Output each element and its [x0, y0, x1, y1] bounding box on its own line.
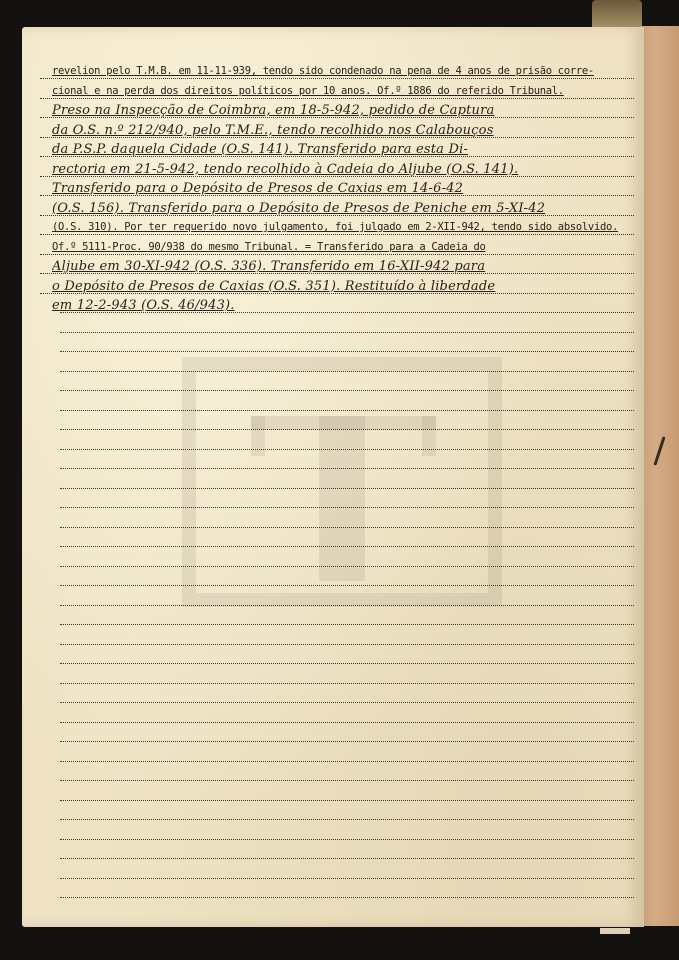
- ruled-line: [60, 839, 634, 840]
- ink-mark: [653, 436, 665, 465]
- ruled-line: [60, 624, 634, 625]
- ruled-line: [60, 663, 634, 664]
- entry-line: Aljube em 30-XI-942 (O.S. 336). Transfer…: [52, 257, 636, 277]
- ruled-line: [60, 858, 634, 859]
- ruled-line: [60, 429, 634, 430]
- entry-line: o Depósito de Presos de Caxias (O.S. 351…: [52, 277, 636, 297]
- ruled-line: [60, 780, 634, 781]
- ruled-line: [60, 722, 634, 723]
- entry-line: Transferido para o Depósito de Presos de…: [52, 179, 636, 199]
- entry-line: Of.º 5111-Proc. 90/938 do mesmo Tribunal…: [52, 238, 636, 258]
- ruled-line: [60, 761, 634, 762]
- entry-line: (O.S. 310). Por ter requerido novo julga…: [52, 218, 636, 238]
- ruled-line: [60, 800, 634, 801]
- handwritten-entry: revelion pelo T.M.B. em 11-11-939, tendo…: [52, 62, 636, 316]
- entry-line: Preso na Inspecção de Coimbra, em 18-5-9…: [52, 101, 636, 121]
- adjacent-page-edge: [640, 26, 679, 926]
- entry-line: (O.S. 156). Transferido para o Depósito …: [52, 199, 636, 219]
- ruled-line: [60, 449, 634, 450]
- ruled-line: [60, 468, 634, 469]
- ruled-line: [60, 878, 634, 879]
- entry-line: rectoria em 21-5-942, tendo recolhido à …: [52, 160, 636, 180]
- ruled-line: [60, 605, 634, 606]
- entry-line: da O.S. n.º 212/940, pelo T.M.E., tendo …: [52, 121, 636, 141]
- ruled-line: [60, 410, 634, 411]
- ruled-line: [60, 507, 634, 508]
- ruled-line: [60, 371, 634, 372]
- entry-line: em 12-2-943 (O.S. 46/943).: [52, 296, 636, 316]
- ruled-line: [60, 390, 634, 391]
- ruled-line: [60, 644, 634, 645]
- entry-line: revelion pelo T.M.B. em 11-11-939, tendo…: [52, 62, 636, 82]
- ruled-line: [60, 819, 634, 820]
- ruled-line: [60, 683, 634, 684]
- ruled-line: [60, 351, 634, 352]
- entry-line: da P.S.P. daquela Cidade (O.S. 141). Tra…: [52, 140, 636, 160]
- entry-line: cional e na perda dos direitos políticos…: [52, 82, 636, 102]
- ruled-line: [60, 897, 634, 898]
- ruled-line: [60, 332, 634, 333]
- ruled-line: [60, 702, 634, 703]
- ruled-line: [60, 741, 634, 742]
- ruled-line: [60, 546, 634, 547]
- ruled-line: [60, 488, 634, 489]
- ruled-line: [60, 566, 634, 567]
- ruled-line: [60, 585, 634, 586]
- ruled-line: [60, 527, 634, 528]
